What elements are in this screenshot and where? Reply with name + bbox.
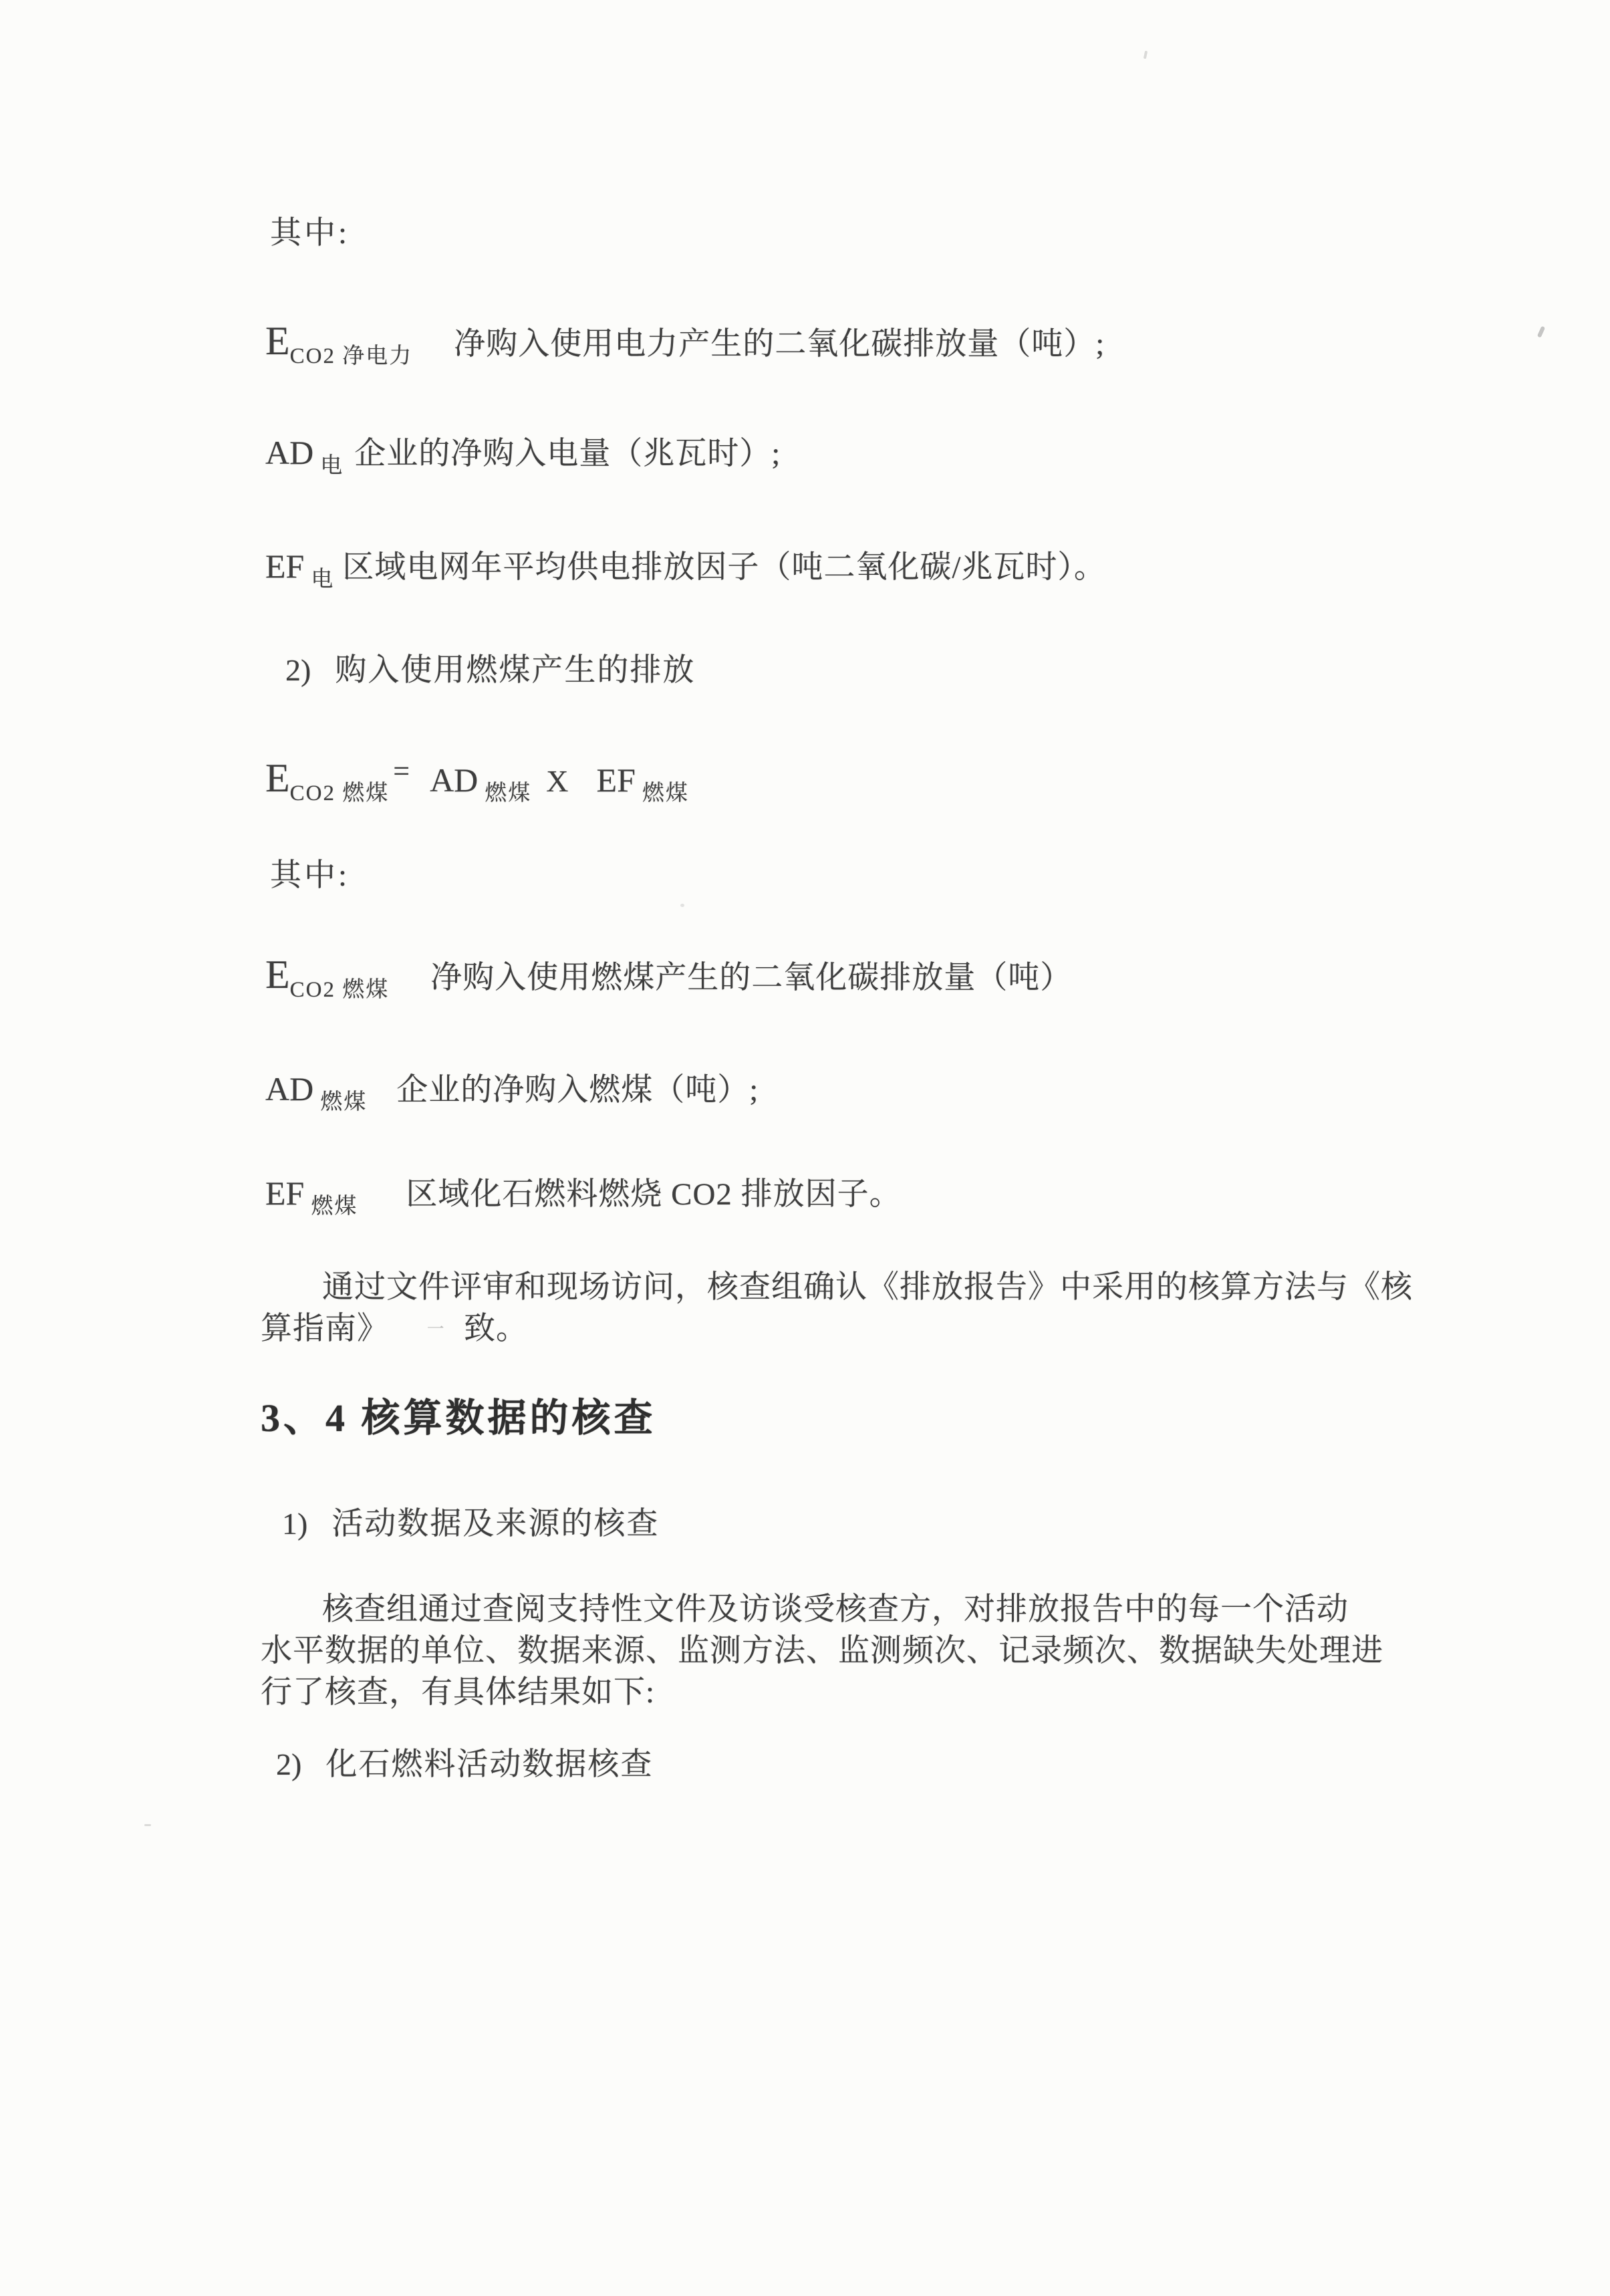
symbol-ad: AD xyxy=(265,1070,313,1108)
symbol-ef: EF xyxy=(265,547,304,585)
symbol-subscript: 燃煤 xyxy=(485,781,531,805)
paragraph-check-line3: 行了核查，有具体结果如下: xyxy=(261,1677,655,1708)
formula-coal: ECO2 燃煤=AD燃煤XEF燃煤 xyxy=(265,758,689,805)
definition-text: 净购入使用燃煤产生的二氧化碳排放量（吨） xyxy=(430,961,1072,995)
item-number: 2) xyxy=(285,653,311,687)
list-item-activity-data: 1)活动数据及来源的核查 xyxy=(282,1509,659,1540)
symbol-subscript: 燃煤 xyxy=(642,781,689,805)
symbol-e: E xyxy=(265,952,290,997)
definition-text: 净购入使用电力产生的二氧化碳排放量（吨）; xyxy=(454,327,1105,362)
scan-speck xyxy=(144,1824,151,1826)
section-heading-3-4: 3、4 核算数据的核查 xyxy=(261,1399,656,1438)
faint-character: 一 xyxy=(427,1321,444,1338)
list-item-fossil-fuel: 2)化石燃料活动数据核查 xyxy=(276,1749,653,1781)
item-label: 活动数据及来源的核查 xyxy=(331,1507,659,1541)
scan-speck xyxy=(1144,51,1148,59)
symbol-subscript: 燃煤 xyxy=(311,1194,358,1219)
symbol-subscript: 电 xyxy=(311,567,334,592)
equals-sign: = xyxy=(393,757,410,786)
definition-text: 区域电网年平均供电排放因子（吨二氧化碳/兆瓦时）。 xyxy=(342,550,1106,585)
symbol-subscript: CO2 净电力 xyxy=(290,344,413,368)
paragraph-method-line2: 算指南》一致。 xyxy=(261,1313,528,1345)
item-label: 购入使用燃煤产生的排放 xyxy=(335,653,695,688)
scanned-document-page: 其中: ECO2 净电力净购入使用电力产生的二氧化碳排放量（吨）; AD电企业的… xyxy=(0,0,1610,2296)
symbol-subscript: CO2 燃煤 xyxy=(290,781,390,805)
symbol-ad: AD xyxy=(265,434,313,471)
list-item-coal-emission: 2)购入使用燃煤产生的排放 xyxy=(285,655,695,686)
item-number: 2) xyxy=(276,1747,301,1781)
scan-speck xyxy=(1537,326,1545,338)
paragraph-check-line1: 核查组通过查阅支持性文件及访谈受核查方，对排放报告中的每一个活动 xyxy=(322,1594,1349,1626)
symbol-subscript: 电 xyxy=(320,454,344,478)
symbol-ad: AD xyxy=(430,761,478,799)
symbol-e: E xyxy=(265,756,290,800)
paragraph-text: 算指南》 xyxy=(261,1311,389,1346)
symbol-subscript: 燃煤 xyxy=(320,1090,367,1114)
symbol-ef: EF xyxy=(597,761,636,799)
multiplication-sign: X xyxy=(546,764,568,798)
paragraph-method-line1: 通过文件评审和现场访问，核查组确认《排放报告》中采用的核算方法与《核 xyxy=(322,1272,1413,1303)
symbol-ef: EF xyxy=(265,1174,304,1212)
definition-e-co2-coal: ECO2 燃煤净购入使用燃煤产生的二氧化碳排放量（吨） xyxy=(265,954,1072,1001)
scan-speck xyxy=(680,904,684,907)
symbol-e: E xyxy=(265,319,290,363)
definition-ef-coal: EF燃煤区域化石燃料燃烧 CO2 排放因子。 xyxy=(265,1176,902,1218)
definition-e-co2-electricity: ECO2 净电力净购入使用电力产生的二氧化碳排放量（吨）; xyxy=(265,321,1105,368)
definition-ad-electricity: AD电企业的净购入电量（兆瓦时）; xyxy=(265,436,781,477)
item-label: 化石燃料活动数据核查 xyxy=(325,1747,653,1782)
symbol-subscript: CO2 燃煤 xyxy=(290,978,390,1002)
definition-ef-electricity: EF电区域电网年平均供电排放因子（吨二氧化碳/兆瓦时）。 xyxy=(265,549,1106,591)
item-number: 1) xyxy=(282,1507,307,1541)
where-label-2: 其中: xyxy=(270,860,350,892)
paragraph-check-line2: 水平数据的单位、数据来源、监测方法、监测频次、记录频次、数据缺失处理进 xyxy=(261,1636,1383,1667)
definition-text: 企业的净购入电量（兆瓦时）; xyxy=(354,436,781,471)
definition-text: 区域化石燃料燃烧 CO2 排放因子。 xyxy=(406,1177,901,1212)
definition-ad-coal: AD燃煤企业的净购入燃煤（吨）; xyxy=(265,1072,759,1114)
where-label-1: 其中: xyxy=(270,218,350,249)
paragraph-text: 致。 xyxy=(464,1311,528,1346)
definition-text: 企业的净购入燃煤（吨）; xyxy=(396,1073,759,1108)
